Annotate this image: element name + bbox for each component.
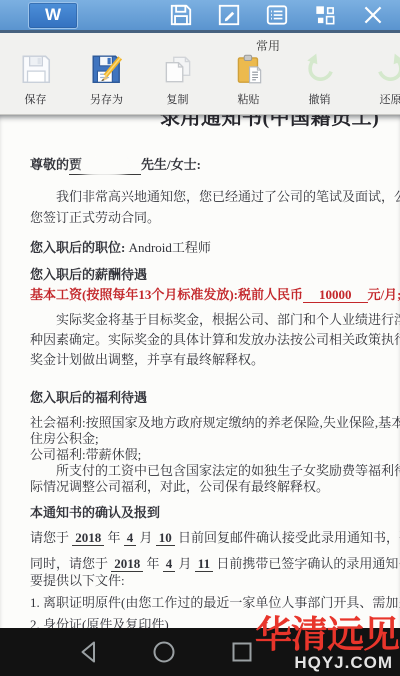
ribbon-toolbar: 常用 保存 xyxy=(0,33,400,115)
salary-amount: 10000 xyxy=(303,287,368,303)
ribbon-item-label: 还原 xyxy=(380,91,400,107)
report-date-year: 2018 xyxy=(111,556,143,572)
reply-deadline-day: 10 xyxy=(156,530,175,546)
watermark: 华清远见 HQYJ.COM xyxy=(255,616,399,671)
save-as-icon xyxy=(89,51,125,87)
ribbon-item-label: 另存为 xyxy=(90,91,123,107)
watermark-url: HQYJ.COM xyxy=(255,654,399,671)
save-icon[interactable] xyxy=(168,2,194,28)
app-titlebar: W xyxy=(0,0,400,33)
intro-paragraph: 我们非常高兴地通知您，您已经通过了公司的笔试及面试，公司拟录用您 您签订正式劳动… xyxy=(0,186,400,228)
app-logo-button[interactable]: W xyxy=(28,2,78,29)
ribbon-item-copy[interactable]: 复制 xyxy=(142,51,213,107)
welfare-heading: 您入职后的福利待遇 xyxy=(0,388,400,408)
ribbon-item-label: 保存 xyxy=(25,91,47,107)
ribbon-item-paste[interactable]: 粘贴 xyxy=(213,51,284,107)
back-icon[interactable] xyxy=(77,639,103,665)
ribbon-item-label: 撤销 xyxy=(309,91,331,107)
required-doc-item-1: 1. 离职证明原件(由您工作过的最近一家单位人事部门开具、需加盖人事部门 xyxy=(0,593,400,613)
close-icon[interactable] xyxy=(360,2,386,28)
salary-heading: 您入职后的薪酬待遇 xyxy=(0,265,400,285)
home-icon[interactable] xyxy=(151,639,177,665)
phone-screen: W xyxy=(0,0,400,676)
grid-icon[interactable] xyxy=(312,2,338,28)
position-line: 您入职后的职位: Android工程师 xyxy=(0,238,400,258)
confirm-heading: 本通知书的确认及报到 xyxy=(0,503,400,523)
confirm-date-line-2: 同时，请您于 2018 年 4 月 11 日前携带已签字确认的录用通知书到公司报… xyxy=(0,555,400,589)
recipient-name: 贾 xyxy=(69,156,141,175)
undo-icon xyxy=(302,51,338,87)
reply-deadline-month: 4 xyxy=(124,530,137,546)
redaction-blur xyxy=(84,158,124,174)
paste-icon xyxy=(231,51,267,87)
ribbon-item-save-as[interactable]: 另存为 xyxy=(71,51,142,107)
reply-deadline-year: 2018 xyxy=(72,530,104,546)
recent-apps-icon[interactable] xyxy=(229,639,255,665)
save-floppy-icon xyxy=(18,51,54,87)
ribbon-item-label: 粘贴 xyxy=(238,91,260,107)
ribbon-item-undo[interactable]: 撤销 xyxy=(284,51,355,107)
salary-amount-line: 基本工资(按照每年13个月标准发放):税前人民币10000元/月; xyxy=(0,285,400,305)
welfare-paragraph: 社会福利:按照国家及地方政府规定缴纳的养老保险,失业保险,基本医疗保险,工 住房… xyxy=(0,415,400,495)
copy-icon xyxy=(160,51,196,87)
salutation-line: 尊敬的贾先生/女士: xyxy=(0,155,400,175)
report-date-month: 4 xyxy=(163,556,176,572)
document-page[interactable]: 录用通知书(中国籍员工) 尊敬的贾先生/女士: 我们非常高兴地通知您，您已经通过… xyxy=(0,115,400,628)
ribbon-item-label: 复制 xyxy=(167,91,189,107)
ribbon-item-save[interactable]: 保存 xyxy=(0,51,71,107)
report-date-day: 11 xyxy=(195,556,213,572)
redo-icon xyxy=(373,51,400,87)
bonus-paragraph: 实际奖金将基于目标奖金，根据公司、部门和个人业绩进行浮动，并结合 种因素确定。实… xyxy=(0,310,400,370)
confirm-date-line-1: 请您于 2018 年 4 月 10 日前回复邮件确认接受此录用通知书，否则，本录… xyxy=(0,528,400,548)
watermark-cn-text: 华清远见 xyxy=(255,616,399,653)
edit-icon[interactable] xyxy=(216,2,242,28)
list-icon[interactable] xyxy=(264,2,290,28)
document-title: 录用通知书(中国籍员工) xyxy=(160,115,400,129)
ribbon-item-redo[interactable]: 还原 xyxy=(355,51,400,107)
